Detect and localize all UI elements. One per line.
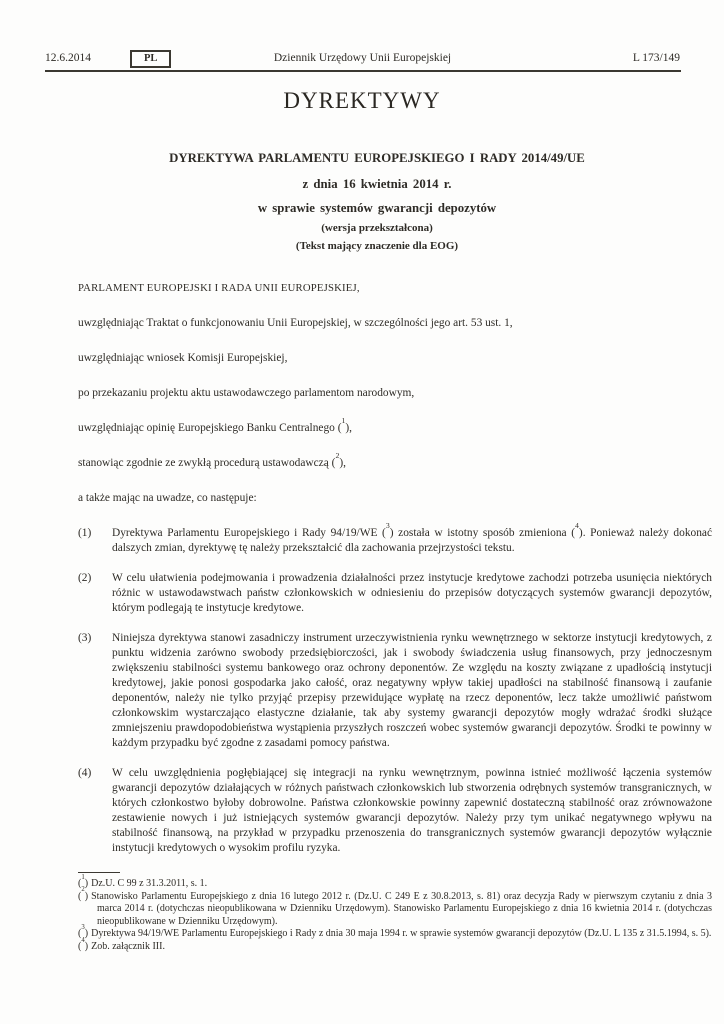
footnote: (3)Dyrektywa 94/19/WE Parlamentu Europej…	[78, 928, 712, 941]
recitals: (1) Dyrektywa Parlamentu Europejskiego i…	[78, 526, 712, 856]
journal-header: 12.6.2014 PL Dziennik Urzędowy Unii Euro…	[45, 50, 680, 68]
preamble-paragraph: stanowiąc zgodnie ze zwykłą procedurą us…	[78, 456, 712, 471]
act-eea-note: (Tekst mający znaczenie dla EOG)	[60, 240, 694, 252]
recital-text: W celu uwzględnienia pogłębiającej się i…	[112, 766, 712, 856]
act-title: DYREKTYWA PARLAMENTU EUROPEJSKIEGO I RAD…	[60, 151, 694, 166]
recital-number: (4)	[78, 766, 112, 856]
document-body: PARLAMENT EUROPEJSKI I RADA UNII EUROPEJ…	[78, 281, 712, 871]
document-page: 12.6.2014 PL Dziennik Urzędowy Unii Euro…	[0, 0, 724, 1024]
act-date-line: z dnia 16 kwietnia 2014 r.	[60, 177, 694, 192]
recital: (1) Dyrektywa Parlamentu Europejskiego i…	[78, 526, 712, 556]
journal-title: Dziennik Urzędowy Unii Europejskiej	[45, 52, 680, 64]
footnotes-divider	[78, 872, 120, 873]
footnote: (1)Dz.U. C 99 z 31.3.2011, s. 1.	[78, 878, 712, 891]
footnote: (4)Zob. załącznik III.	[78, 941, 712, 954]
footnote-text: Zob. załącznik III.	[91, 941, 165, 952]
recital-text: W celu ułatwienia podejmowania i prowadz…	[112, 571, 712, 616]
preamble-paragraph: uwzględniając Traktat o funkcjonowaniu U…	[78, 316, 712, 331]
preamble-paragraph: uwzględniając opinię Europejskiego Banku…	[78, 421, 712, 436]
footnote-text: Dz.U. C 99 z 31.3.2011, s. 1.	[91, 878, 207, 889]
footnote-marker: (2)	[78, 891, 88, 902]
act-subject: w sprawie systemów gwarancji depozytów	[60, 201, 694, 216]
preamble-paragraph: po przekazaniu projektu aktu ustawodawcz…	[78, 386, 712, 401]
footnote: (2)Stanowisko Parlamentu Europejskiego z…	[78, 891, 712, 929]
recital-number: (1)	[78, 526, 112, 556]
footnote-text: Stanowisko Parlamentu Europejskiego z dn…	[91, 891, 712, 927]
recital: (4) W celu uwzględnienia pogłębiającej s…	[78, 766, 712, 856]
footnote-text: Dyrektywa 94/19/WE Parlamentu Europejski…	[91, 928, 711, 939]
footnotes: (1)Dz.U. C 99 z 31.3.2011, s. 1. (2)Stan…	[78, 872, 712, 954]
recital: (2) W celu ułatwienia podejmowania i pro…	[78, 571, 712, 616]
act-title-block: DYREKTYWA PARLAMENTU EUROPEJSKIEGO I RAD…	[60, 151, 694, 252]
preamble-paragraph: uwzględniając wniosek Komisji Europejski…	[78, 351, 712, 366]
act-recast-note: (wersja przekształcona)	[60, 222, 694, 234]
recital-text: Niniejsza dyrektywa stanowi zasadniczy i…	[112, 631, 712, 751]
preamble-paragraph: a także mając na uwadze, co następuje:	[78, 491, 712, 506]
preamble-paragraph: PARLAMENT EUROPEJSKI I RADA UNII EUROPEJ…	[78, 281, 712, 296]
header-divider	[45, 70, 681, 72]
recital-number: (2)	[78, 571, 112, 616]
recital-number: (3)	[78, 631, 112, 751]
recital-text: Dyrektywa Parlamentu Europejskiego i Rad…	[112, 526, 712, 556]
recital: (3) Niniejsza dyrektywa stanowi zasadnic…	[78, 631, 712, 751]
section-heading: DYREKTYWY	[0, 88, 724, 114]
footnote-marker: (4)	[78, 941, 88, 952]
preamble: PARLAMENT EUROPEJSKI I RADA UNII EUROPEJ…	[78, 281, 712, 506]
page-reference: L 173/149	[633, 52, 680, 64]
footnotes-list: (1)Dz.U. C 99 z 31.3.2011, s. 1. (2)Stan…	[78, 878, 712, 954]
